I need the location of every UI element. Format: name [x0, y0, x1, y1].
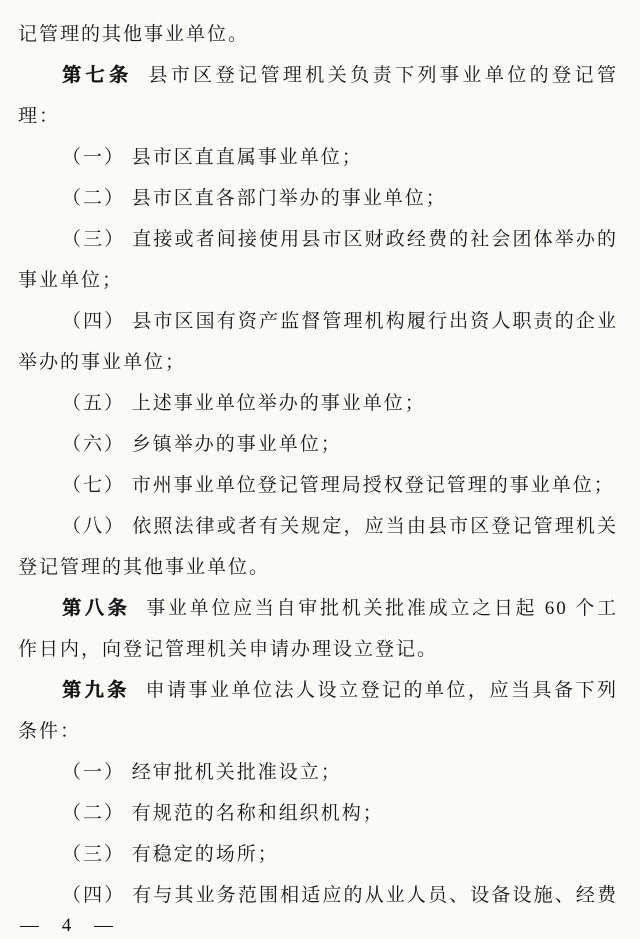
text-segment: （二） 县市区直各部门举办的事业单位； — [62, 188, 447, 209]
text-segment: （七） 市州事业单位登记管理局授权登记管理的事业单位； — [62, 475, 615, 496]
text-segment: 理： — [18, 106, 60, 127]
article-number: 第七条 — [62, 65, 132, 86]
text-line: （四） 有与其业务范围相适应的从业人员、设备设施、经费 — [18, 875, 618, 916]
text-segment: （一） 经审批机关批准设立； — [62, 762, 342, 783]
text-line: （二） 有规范的名称和组织机构； — [18, 793, 618, 834]
text-segment: （三） 直接或者间接使用县市区财政经费的社会团体举办的 — [62, 229, 618, 250]
document-text: 记管理的其他事业单位。第七条县市区登记管理机关负责下列事业单位的登记管理：（一）… — [18, 14, 618, 916]
text-line: 第八条事业单位应当自审批机关批准成立之日起 60 个工 — [18, 588, 618, 629]
text-segment: 事业单位应当自审批机关批准成立之日起 60 个工 — [146, 598, 618, 619]
text-segment: 作日内，向登记管理机关申请办理设立登记。 — [18, 639, 438, 660]
text-segment: 事业单位； — [18, 270, 123, 291]
text-line: （五） 上述事业单位举办的事业单位； — [18, 383, 618, 424]
text-line: （三） 有稳定的场所； — [18, 834, 618, 875]
text-segment: 条件： — [18, 721, 81, 742]
text-segment: （四） 有与其业务范围相适应的从业人员、设备设施、经费 — [62, 885, 618, 906]
text-line: 登记管理的其他事业单位。 — [18, 547, 618, 588]
document-page: 记管理的其他事业单位。第七条县市区登记管理机关负责下列事业单位的登记管理：（一）… — [0, 0, 640, 939]
text-line: （三） 直接或者间接使用县市区财政经费的社会团体举办的 — [18, 219, 618, 260]
article-number: 第八条 — [62, 598, 130, 619]
text-line: （八） 依照法律或者有关规定，应当由县市区登记管理机关 — [18, 506, 618, 547]
text-segment: 举办的事业单位； — [18, 352, 186, 373]
text-segment: 县市区登记管理机关负责下列事业单位的登记管 — [148, 65, 618, 86]
article-number: 第九条 — [62, 680, 130, 701]
text-segment: 申请事业单位法人设立登记的单位，应当具备下列 — [146, 680, 618, 701]
text-segment: （二） 有规范的名称和组织机构； — [62, 803, 384, 824]
text-segment: 登记管理的其他事业单位。 — [18, 557, 270, 578]
text-line: （二） 县市区直各部门举办的事业单位； — [18, 178, 618, 219]
text-segment: （四） 县市区国有资产监督管理机构履行出资人职责的企业 — [62, 311, 618, 332]
text-segment: （一） 县市区直直属事业单位； — [62, 147, 363, 168]
text-line: 第九条申请事业单位法人设立登记的单位，应当具备下列 — [18, 670, 618, 711]
text-line: （七） 市州事业单位登记管理局授权登记管理的事业单位； — [18, 465, 618, 506]
text-line: 举办的事业单位； — [18, 342, 618, 383]
text-line: 理： — [18, 96, 618, 137]
text-line: 记管理的其他事业单位。 — [18, 14, 618, 55]
text-line: （一） 经审批机关批准设立； — [18, 752, 618, 793]
text-segment: （八） 依照法律或者有关规定，应当由县市区登记管理机关 — [62, 516, 618, 537]
text-line: 事业单位； — [18, 260, 618, 301]
text-segment: （六） 乡镇举办的事业单位； — [62, 434, 342, 455]
page-number: — 4 — — [18, 913, 618, 939]
text-line: 条件： — [18, 711, 618, 752]
text-line: 作日内，向登记管理机关申请办理设立登记。 — [18, 629, 618, 670]
text-segment: （三） 有稳定的场所； — [62, 844, 279, 865]
text-line: （一） 县市区直直属事业单位； — [18, 137, 618, 178]
text-segment: 记管理的其他事业单位。 — [18, 24, 249, 45]
text-line: （四） 县市区国有资产监督管理机构履行出资人职责的企业 — [18, 301, 618, 342]
text-segment: （五） 上述事业单位举办的事业单位； — [62, 393, 426, 414]
text-line: 第七条县市区登记管理机关负责下列事业单位的登记管 — [18, 55, 618, 96]
text-line: （六） 乡镇举办的事业单位； — [18, 424, 618, 465]
